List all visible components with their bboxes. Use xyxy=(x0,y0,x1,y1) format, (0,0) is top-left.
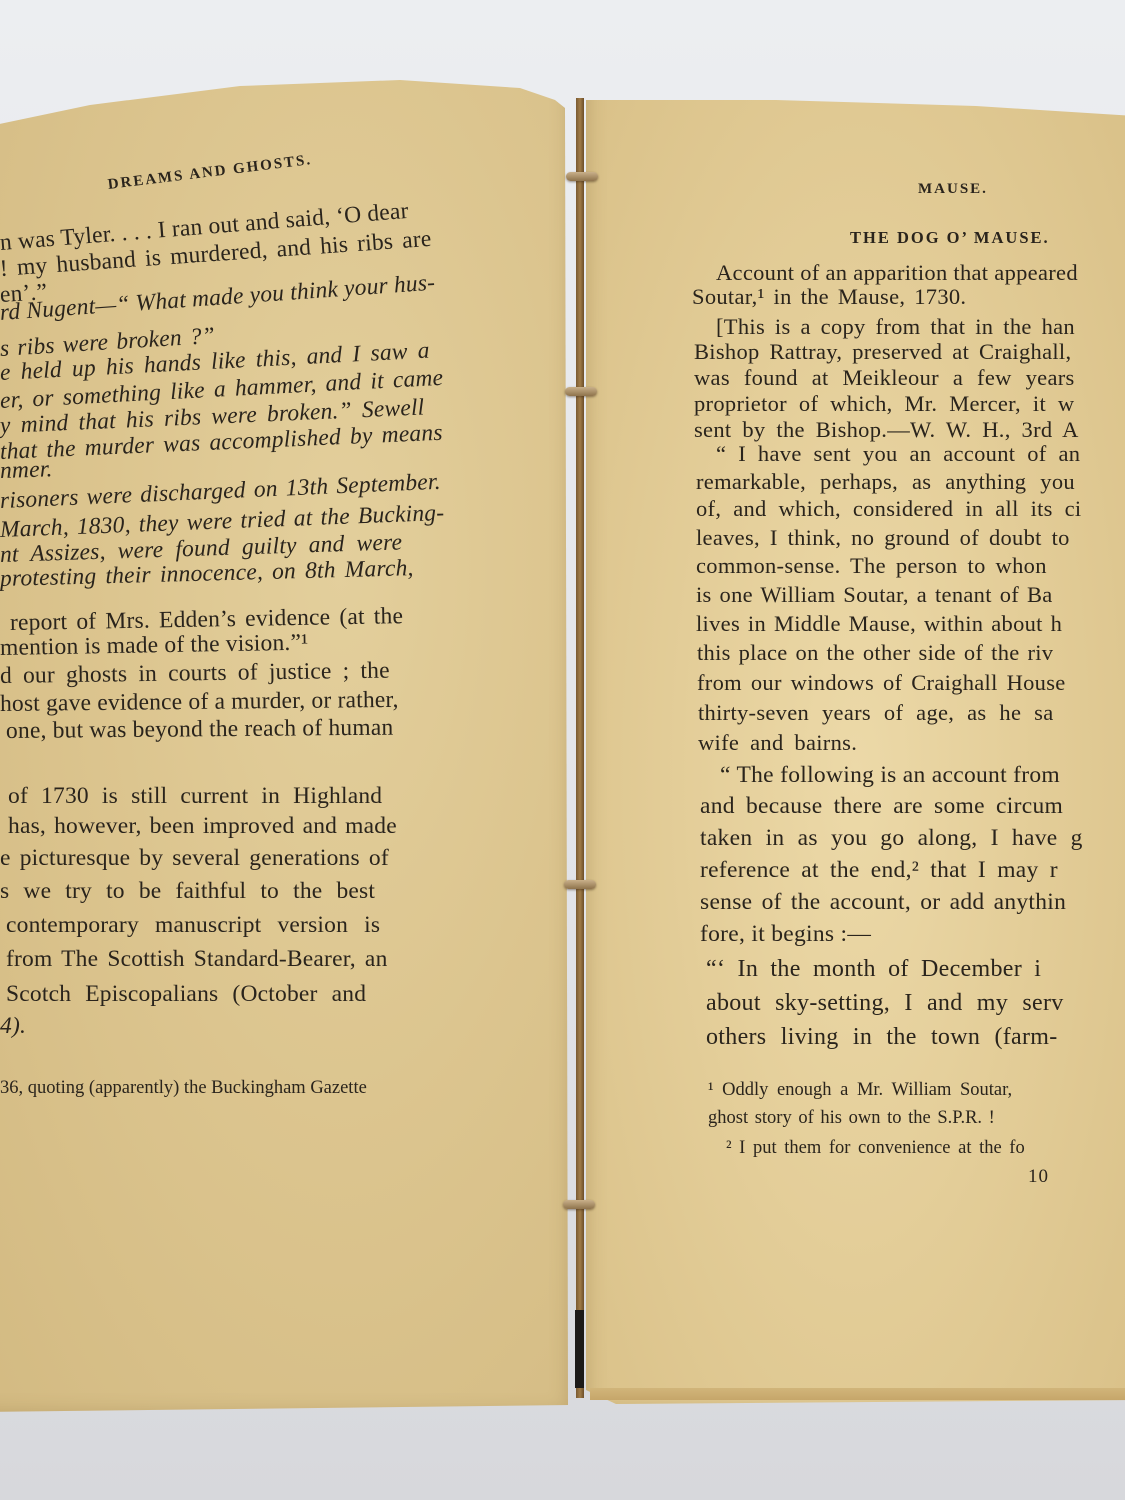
right-line: [This is a copy from that in the han xyxy=(716,316,1075,339)
left-footnote: 36, quoting (apparently) the Buckingham … xyxy=(0,1079,367,1098)
right-line: thirty-seven years of age, as he sa xyxy=(698,702,1054,725)
left-line: 4). xyxy=(0,1015,26,1039)
spine-shadow xyxy=(575,1310,584,1388)
stitch-knot-icon xyxy=(565,387,597,396)
right-line: was found at Meikleour a few years xyxy=(694,367,1075,390)
right-line: reference at the end,² that I may r xyxy=(700,859,1058,883)
left-line: mention is made of the vision.”¹ xyxy=(0,632,309,661)
left-line: one, but was beyond the reach of human xyxy=(6,717,394,744)
right-line: “ The following is an account from xyxy=(720,764,1060,788)
right-running-head: MAUSE. xyxy=(918,182,988,197)
right-line: Account of an apparition that appeared xyxy=(716,262,1078,285)
right-line: this place on the other side of the riv xyxy=(697,642,1053,665)
left-line: e picturesque by several generations of xyxy=(0,847,389,871)
right-page-bottom-edge xyxy=(590,1388,1125,1400)
right-footnote: ghost story of his own to the S.P.R. ! xyxy=(708,1109,995,1128)
right-footnote: ¹ Oddly enough a Mr. William Soutar, xyxy=(708,1081,1012,1100)
page-number: 10 xyxy=(1028,1167,1049,1186)
left-line: contemporary manuscript version is xyxy=(6,914,380,938)
right-line: “‘ In the month of December i xyxy=(706,957,1041,981)
right-line: is one William Soutar, a tenant of Ba xyxy=(696,584,1053,607)
right-line: Bishop Rattray, preserved at Craighall, xyxy=(694,341,1071,364)
right-line: common-sense. The person to whon xyxy=(696,555,1047,578)
right-line: and because there are some circum xyxy=(700,795,1063,819)
right-line: lives in Middle Mause, within about h xyxy=(696,613,1062,636)
stitch-knot-icon xyxy=(563,1200,595,1209)
left-line: Scotch Episcopalians (October and xyxy=(6,983,366,1007)
right-line: remarkable, perhaps, as anything you xyxy=(696,471,1075,494)
book-photo-scene: DREAMS AND GHOSTS. n was Tyler. . . . I … xyxy=(0,0,1125,1500)
stitch-knot-icon xyxy=(564,880,596,889)
right-line: Soutar,¹ in the Mause, 1730. xyxy=(692,286,966,309)
right-line: taken in as you go along, I have g xyxy=(700,827,1083,851)
right-line: proprietor of which, Mr. Mercer, it w xyxy=(694,393,1074,416)
left-line: s we try to be faithful to the best xyxy=(0,880,375,904)
right-line: leaves, I think, no ground of doubt to xyxy=(696,527,1070,550)
right-line: sent by the Bishop.—W. W. H., 3rd A xyxy=(694,419,1079,442)
right-line: fore, it begins :— xyxy=(700,923,871,947)
left-line: of 1730 is still current in Highland xyxy=(8,785,382,809)
left-line: from The Scottish Standard-Bearer, an xyxy=(6,948,388,972)
left-line: host gave evidence of a murder, or rathe… xyxy=(0,689,399,717)
right-line: about sky-setting, I and my serv xyxy=(706,991,1064,1015)
left-line: nmer. xyxy=(0,458,53,483)
right-line: sense of the account, or add anythin xyxy=(700,891,1066,915)
right-line: of, and which, considered in all its ci xyxy=(696,498,1082,521)
right-line: others living in the town (farm- xyxy=(706,1025,1058,1049)
stitch-knot-icon xyxy=(566,172,598,181)
right-line: wife and bairns. xyxy=(698,732,857,755)
right-line: “ I have sent you an account of an xyxy=(716,443,1080,466)
right-footnote: ² I put them for convenience at the fo xyxy=(726,1139,1025,1158)
left-line: d our ghosts in courts of justice ; the xyxy=(0,660,390,689)
right-line: from our windows of Craighall House xyxy=(697,672,1066,695)
chapter-title: THE DOG O’ MAUSE. xyxy=(850,230,1050,247)
left-line: has, however, been improved and made xyxy=(8,815,397,839)
